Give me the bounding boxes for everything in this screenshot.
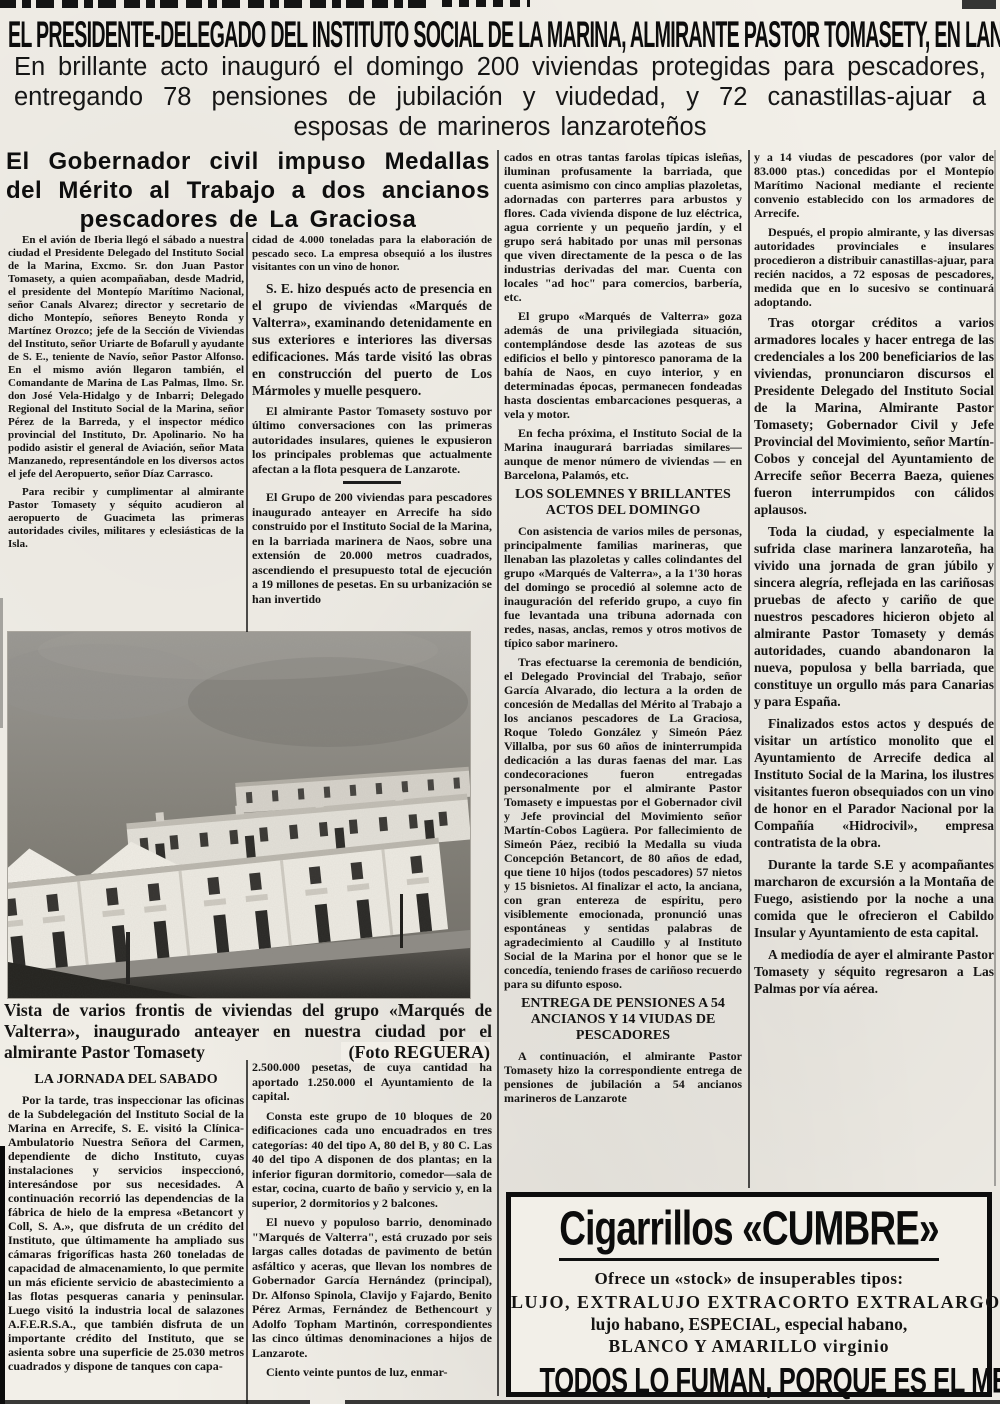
section-subhead: LA JORNADA DEL SABADO [8,1072,244,1088]
section-divider [343,481,401,484]
ad-types-line: LUJO, EXTRALUJO EXTRACORTO EXTRALARGO, [511,1292,987,1313]
column-rule [994,150,996,1186]
paragraph: y a 14 viudas de pescadores (por valor d… [754,150,994,220]
ad-slogan: TODOS LO FUMAN, PORQUE ES EL MEJOR [540,1362,959,1402]
section-subhead: ENTREGA DE PENSIONES A 54 ANCIANOS Y 14 … [504,996,742,1044]
paragraph: cidad de 4.000 toneladas para la elabora… [252,234,492,275]
paragraph: A continuación, el almirante Pastor Toma… [504,1049,742,1105]
column-rule [497,150,499,1396]
ad-types-line: BLANCO Y AMARILLO virginio [511,1336,987,1357]
column-rule [748,150,750,1188]
housing-photo-illustration [8,632,470,998]
paragraph: El grupo «Marqués de Valterra» goza adem… [504,309,742,421]
column-1-top: En el avión de Iberia llegó el sábado a … [8,234,244,630]
housing-photo [8,632,470,998]
section-subhead: LOS SOLEMNES Y BRILLANTES ACTOS DEL DOMI… [504,487,742,519]
column-1-bottom: LA JORNADA DEL SABADO Por la tarde, tras… [8,1068,244,1404]
cigarette-advertisement: Cigarrillos «CUMBRE» Ofrece un «stock» d… [506,1192,992,1397]
paragraph: Tras efectuarse la ceremonia de bendició… [504,655,742,991]
paragraph: Durante la tarde S.E y acompañantes marc… [754,856,994,941]
sub-headline: En brillante acto inauguró el domingo 20… [14,52,986,142]
newspaper-page: EL PRESIDENTE-DELEGADO DEL INSTITUTO SOC… [0,0,1000,1404]
column-4: y a 14 viudas de pescadores (por valor d… [754,150,994,1188]
paragraph: cados en otras tantas farolas típicas is… [504,150,742,304]
column-rule [246,232,248,632]
paragraph: Con asistencia de varios miles de person… [504,524,742,650]
paragraph: 2.500.000 pesetas, de cuya cantidad ha a… [252,1060,492,1104]
section-headline: El Gobernador civil impuso Medallas del … [6,147,490,234]
paragraph: Para recibir y cumplimentar al almirante… [8,486,244,551]
paragraph: El Grupo de 200 viviendas para pescadore… [252,490,492,606]
clipped-text-artifact [442,0,530,7]
paragraph: Consta este grupo de 10 bloques de 20 ed… [252,1109,492,1211]
column-rule [246,1060,248,1404]
clipped-text-artifact [0,0,430,8]
ad-intro-line: Ofrece un «stock» de insuperables tipos: [511,1269,987,1289]
column-3: cados en otras tantas farolas típicas is… [504,150,742,1188]
ad-brand-name: Cigarrillos «CUMBRE» [544,1202,953,1257]
paragraph: Después, el propio almirante, y las dive… [754,225,994,309]
paragraph: En el avión de Iberia llegó el sábado a … [8,234,244,481]
clipped-text-artifact [962,0,996,9]
paragraph: Ciento veinte puntos de luz, enmar- [252,1365,492,1380]
scan-edge-artifact [0,598,3,728]
photo-caption: Vista de varios frontis de viviendas del… [4,1000,492,1063]
ad-types-line: lujo habano, ESPECIAL, especial habano, [511,1314,987,1335]
scan-edge-artifact [0,1146,5,1404]
column-2-top: cidad de 4.000 toneladas para la elabora… [252,234,492,630]
paragraph: Tras otorgar créditos a varios armadores… [754,314,994,518]
ad-divider [559,1258,940,1261]
paragraph: Finalizados estos actos y después de vis… [754,715,994,851]
paragraph: El almirante Pastor Tomasety sostuvo por… [252,404,492,477]
paragraph: El nuevo y populoso barrio, denominado "… [252,1215,492,1360]
paragraph: S. E. hizo después acto de presencia en … [252,280,492,399]
paragraph: A mediodía de ayer el almirante Pastor T… [754,946,994,997]
main-headline: EL PRESIDENTE-DELEGADO DEL INSTITUTO SOC… [8,14,1000,56]
column-2-bottom: 2.500.000 pesetas, de cuya cantidad ha a… [252,1060,492,1404]
paragraph: Toda la ciudad, y especialmente la sufri… [754,523,994,710]
paragraph: En fecha próxima, el Instituto Social de… [504,426,742,482]
paragraph: Por la tarde, tras inspeccionar las ofic… [8,1093,244,1373]
